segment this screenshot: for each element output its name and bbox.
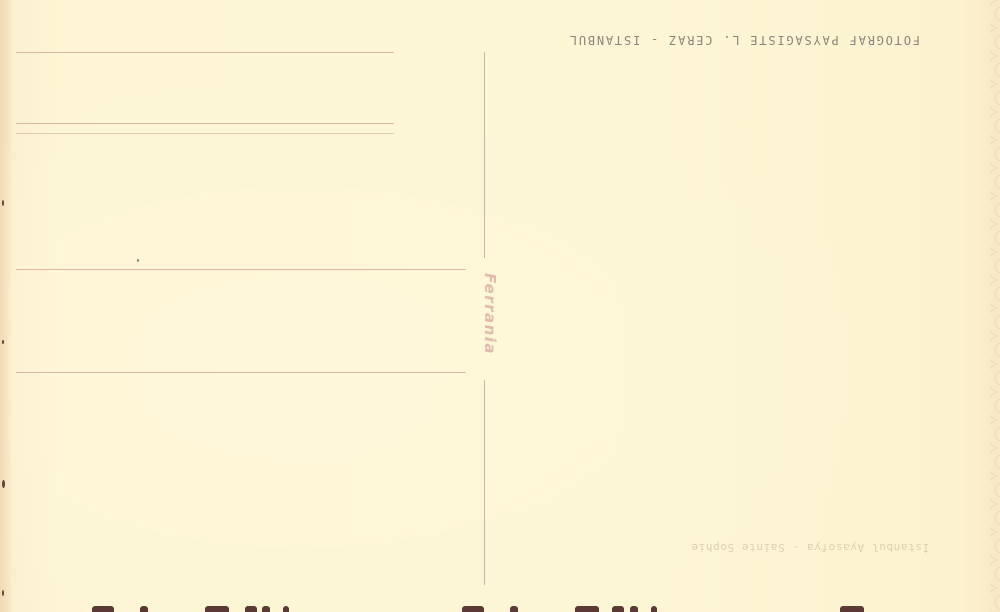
left-edge-shadow: [0, 0, 12, 612]
rule-line-3: [16, 133, 394, 134]
center-divider-bottom: [484, 380, 485, 585]
rule-line-2: [16, 123, 394, 124]
rule-line-5: [16, 372, 466, 373]
rule-line-4: [16, 269, 466, 270]
paper-speck: [2, 480, 5, 488]
paper-speck: [137, 259, 139, 262]
publisher-imprint: FOTOGRAF PAYSAGISTE L. CERAZ - ISTANBUL: [548, 33, 940, 47]
cropped-text-row: [0, 602, 1000, 612]
photo-caption: İstanbul Ayasofya - Sainte Sophie: [660, 541, 960, 554]
paper-speck: [2, 200, 4, 206]
rule-line-1: [16, 52, 394, 53]
paper-brand-label: Ferrania: [481, 254, 499, 374]
deckle-edge-right: [990, 0, 1000, 612]
paper-speck: [2, 340, 4, 344]
center-divider-top: [484, 52, 485, 258]
paper-speck: [2, 590, 4, 596]
postcard-back: FOTOGRAF PAYSAGISTE L. CERAZ - ISTANBUL …: [0, 0, 1000, 612]
